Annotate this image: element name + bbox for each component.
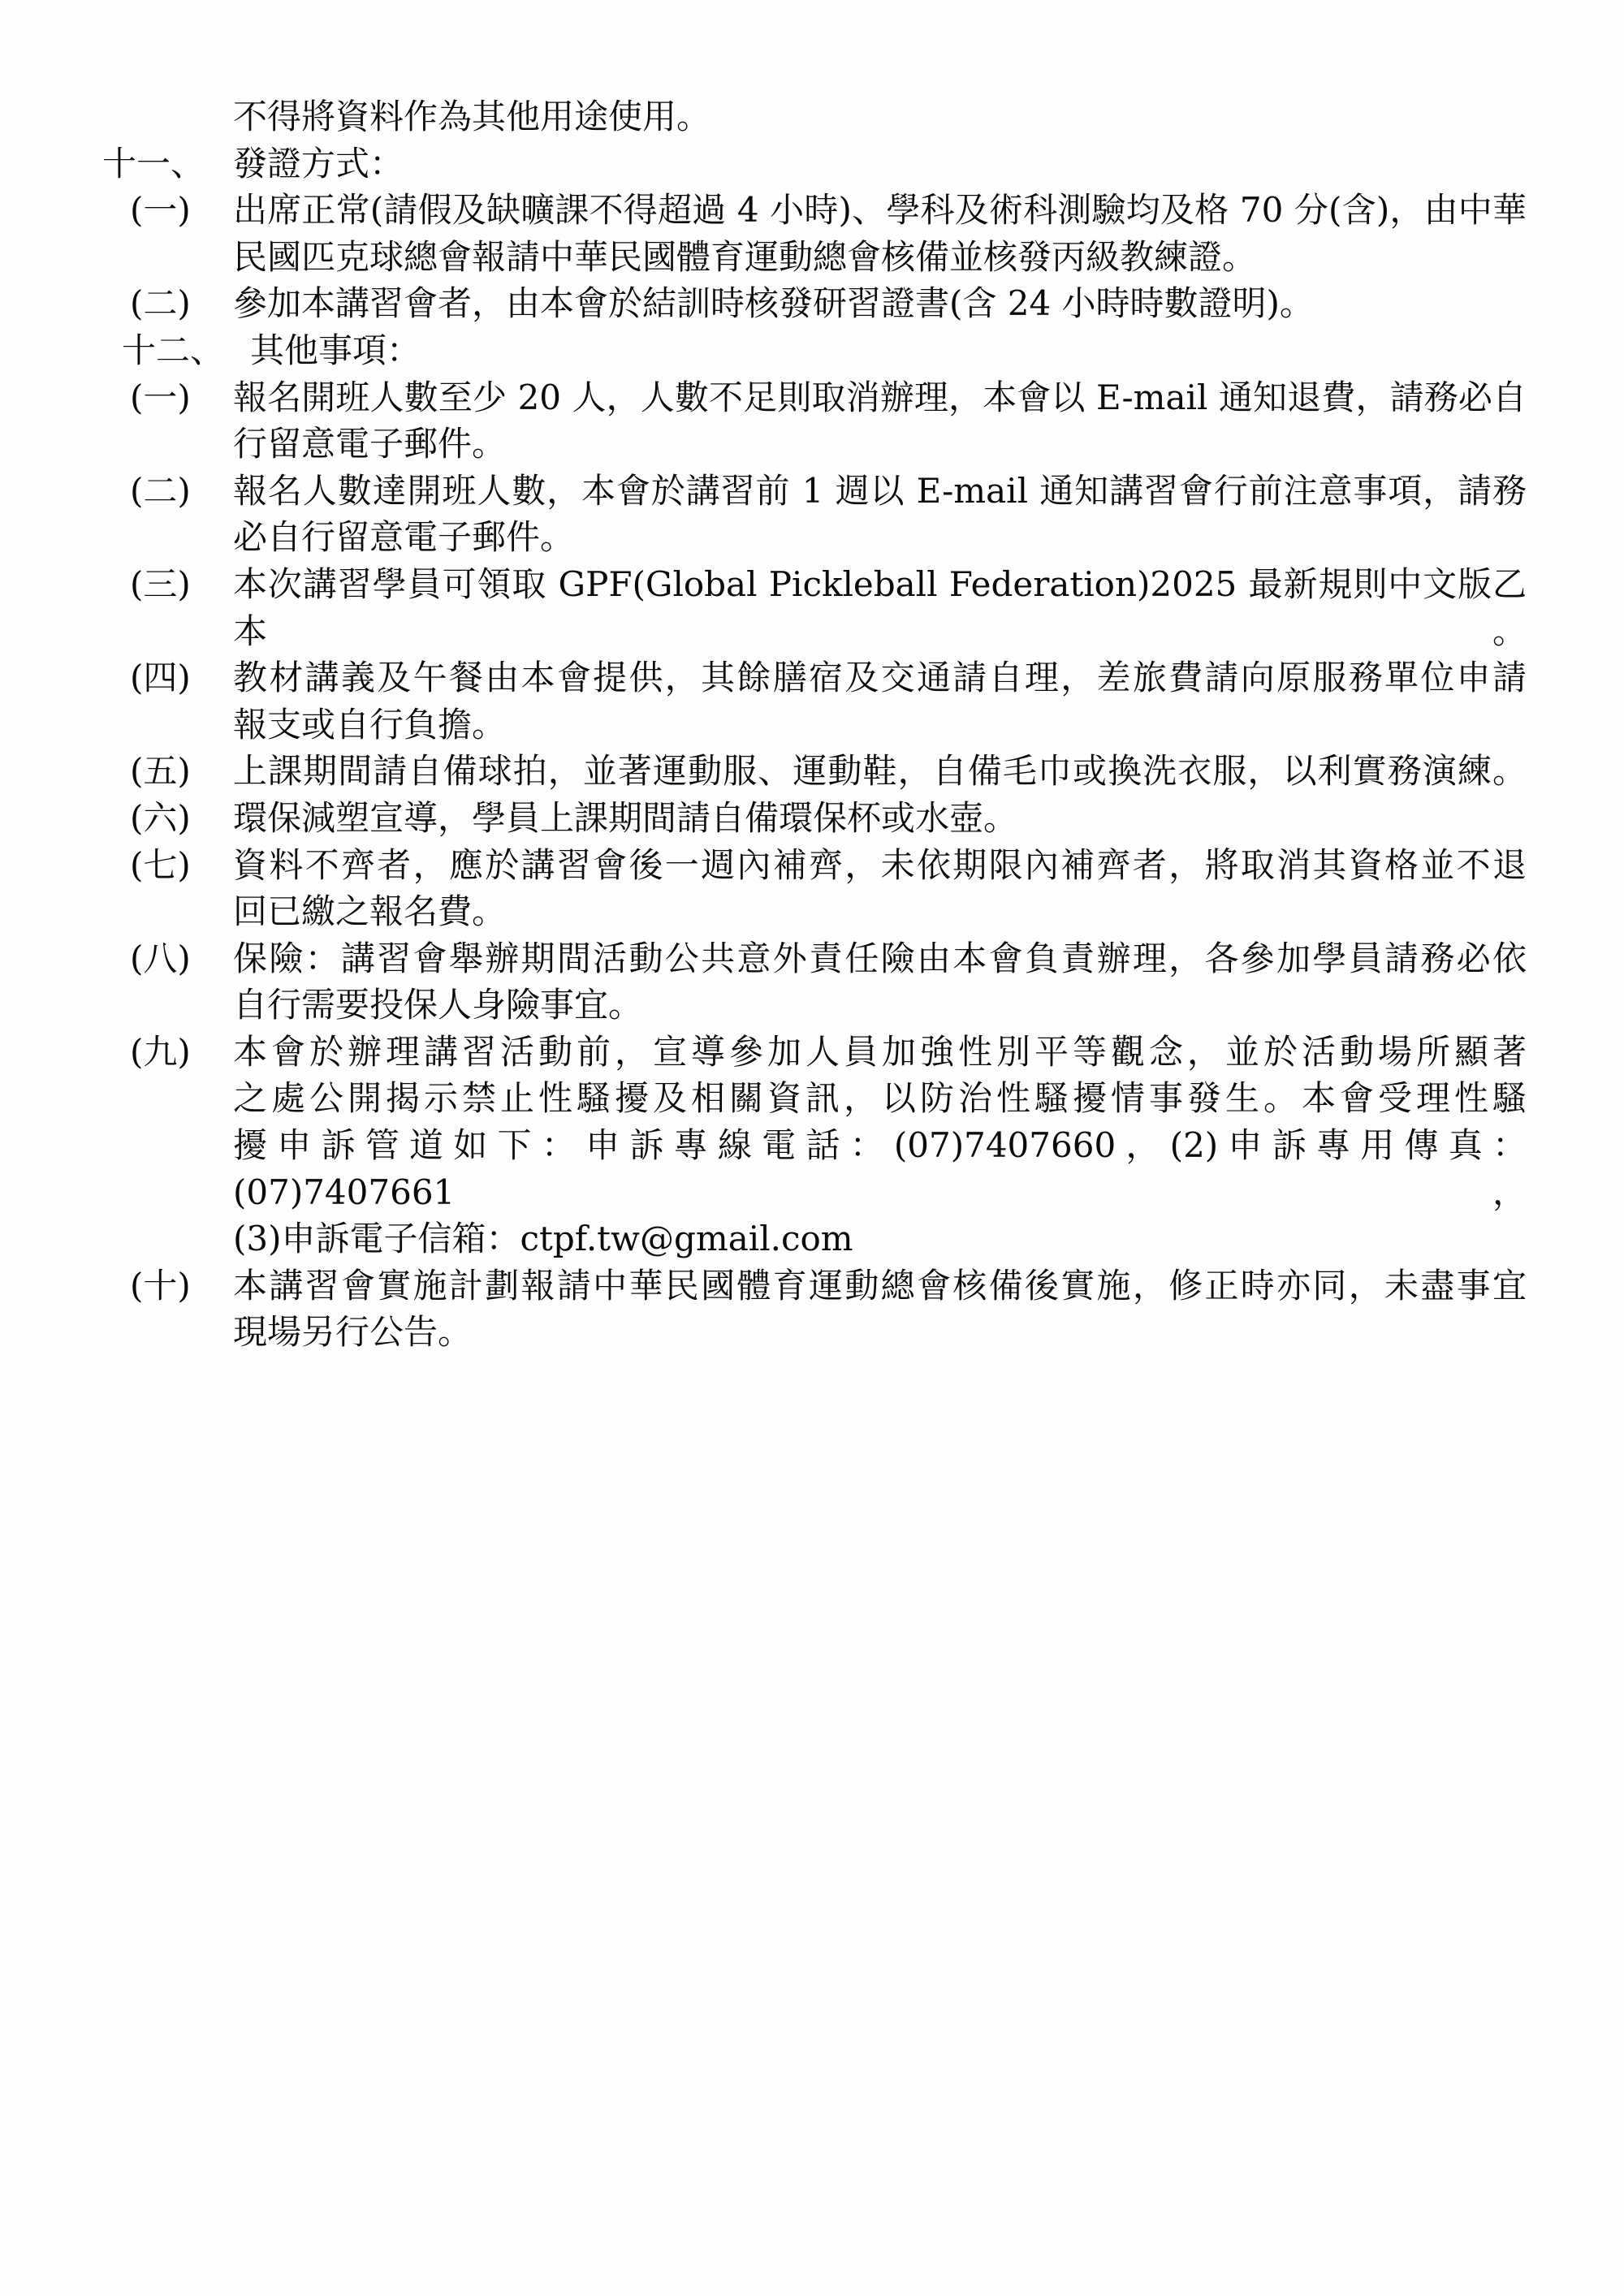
item-line: 之處公開揭示禁止性騷擾及相關資訊，以防治性騷擾情事發生。本會受理性騷 xyxy=(233,1075,1527,1122)
item-marker: (八) xyxy=(130,935,191,982)
list-item-12-6: (六) 環保減塑宣導，學員上課期間請自備環保杯或水壺。 xyxy=(0,795,1624,842)
item-line: 擾申訴管道如下：申訴專線電話：(07)7407660，(2)申訴專用傳真：(07… xyxy=(233,1122,1527,1215)
paragraph-line: 不得將資料作為其他用途使用。 xyxy=(233,93,1527,140)
item-line: 資料不齊者，應於講習會後一週內補齊，未依期限內補齊者，將取消其資格並不退 xyxy=(233,842,1527,889)
section-11-header: 十一、 發證方式： xyxy=(0,140,1624,188)
item-line: 現場另行公告。 xyxy=(233,1309,1527,1356)
item-marker: (九) xyxy=(130,1029,191,1076)
item-marker: (七) xyxy=(130,842,191,889)
item-marker: (二) xyxy=(130,468,191,515)
item-marker: (一) xyxy=(130,374,191,421)
item-marker: (五) xyxy=(130,748,191,795)
section-12-header: 十二、 其他事項： xyxy=(0,327,1624,374)
continuation-paragraph: 不得將資料作為其他用途使用。 xyxy=(0,93,1624,140)
item-line: 民國匹克球總會報請中華民國體育運動總會核備並核發丙級教練證。 xyxy=(233,234,1527,281)
list-item-12-8: (八) 保險：講習會舉辦期間活動公共意外責任險由本會負責辦理，各參加學員請務必依… xyxy=(0,935,1624,1029)
list-item-12-2: (二) 報名人數達開班人數，本會於講習前 1 週以 E-mail 通知講習會行前… xyxy=(0,468,1624,561)
item-line: 報名開班人數至少 20 人，人數不足則取消辦理，本會以 E-mail 通知退費，… xyxy=(233,374,1527,421)
section-11-title: 發證方式： xyxy=(233,140,1527,188)
list-item-12-4: (四) 教材講義及午餐由本會提供，其餘膳宿及交通請自理，差旅費請向原服務單位申請… xyxy=(0,654,1624,748)
item-line: 本次講習學員可領取 GPF(Global Pickleball Federati… xyxy=(233,561,1527,654)
item-line: 行留意電子郵件。 xyxy=(233,421,1527,468)
list-item-11-2: (二) 參加本講習會者，由本會於結訓時核發研習證書(含 24 小時時數證明)。 xyxy=(0,280,1624,327)
item-line: 報名人數達開班人數，本會於講習前 1 週以 E-mail 通知講習會行前注意事項… xyxy=(233,468,1527,515)
list-item-12-7: (七) 資料不齊者，應於講習會後一週內補齊，未依期限內補齊者，將取消其資格並不退… xyxy=(0,842,1624,935)
item-line: 保險：講習會舉辦期間活動公共意外責任險由本會負責辦理，各參加學員請務必依 xyxy=(233,935,1527,982)
item-line: 必自行留意電子郵件。 xyxy=(233,514,1527,561)
list-item-12-9: (九) 本會於辦理講習活動前，宣導參加人員加強性別平等觀念，並於活動場所顯著 之… xyxy=(0,1029,1624,1262)
item-line: 本會於辦理講習活動前，宣導參加人員加強性別平等觀念，並於活動場所顯著 xyxy=(233,1029,1527,1076)
item-marker: (六) xyxy=(130,795,191,842)
item-marker: (二) xyxy=(130,280,191,327)
section-11-number: 十一、 xyxy=(102,140,205,188)
item-line: 報支或自行負擔。 xyxy=(233,701,1527,749)
item-line: 自行需要投保人身險事宜。 xyxy=(233,982,1527,1029)
item-line: 環保減塑宣導，學員上課期間請自備環保杯或水壺。 xyxy=(233,795,1527,842)
list-item-11-1: (一) 出席正常(請假及缺曠課不得超過 4 小時)、學科及術科測驗均及格 70 … xyxy=(0,187,1624,280)
list-item-12-1: (一) 報名開班人數至少 20 人，人數不足則取消辦理，本會以 E-mail 通… xyxy=(0,374,1624,468)
item-line: 教材講義及午餐由本會提供，其餘膳宿及交通請自理，差旅費請向原服務單位申請 xyxy=(233,654,1527,701)
document-page: 不得將資料作為其他用途使用。 十一、 發證方式： (一) 出席正常(請假及缺曠課… xyxy=(0,0,1624,2296)
item-line: 回已繳之報名費。 xyxy=(233,888,1527,935)
item-line: 參加本講習會者，由本會於結訓時核發研習證書(含 24 小時時數證明)。 xyxy=(233,280,1527,327)
item-marker: (四) xyxy=(130,654,191,701)
item-marker: (三) xyxy=(130,561,191,608)
item-line complaint-email-line: (3)申訴電子信箱：ctpf.tw@gmail.com xyxy=(233,1215,1527,1262)
list-item-12-10: (十) 本講習會實施計劃報請中華民國體育運動總會核備後實施，修正時亦同，未盡事宜… xyxy=(0,1262,1624,1356)
item-line: 上課期間請自備球拍，並著運動服、運動鞋，自備毛巾或換洗衣服，以利實務演練。 xyxy=(233,748,1527,795)
section-12-title: 其他事項： xyxy=(250,327,1527,374)
item-marker: (十) xyxy=(130,1262,191,1310)
item-line: 出席正常(請假及缺曠課不得超過 4 小時)、學科及術科測驗均及格 70 分(含)… xyxy=(233,187,1527,234)
item-marker: (一) xyxy=(130,187,191,234)
list-item-12-3: (三) 本次講習學員可領取 GPF(Global Pickleball Fede… xyxy=(0,561,1624,654)
item-line: 本講習會實施計劃報請中華民國體育運動總會核備後實施，修正時亦同，未盡事宜 xyxy=(233,1262,1527,1310)
list-item-12-5: (五) 上課期間請自備球拍，並著運動服、運動鞋，自備毛巾或換洗衣服，以利實務演練… xyxy=(0,748,1624,795)
section-12-number: 十二、 xyxy=(122,327,224,374)
